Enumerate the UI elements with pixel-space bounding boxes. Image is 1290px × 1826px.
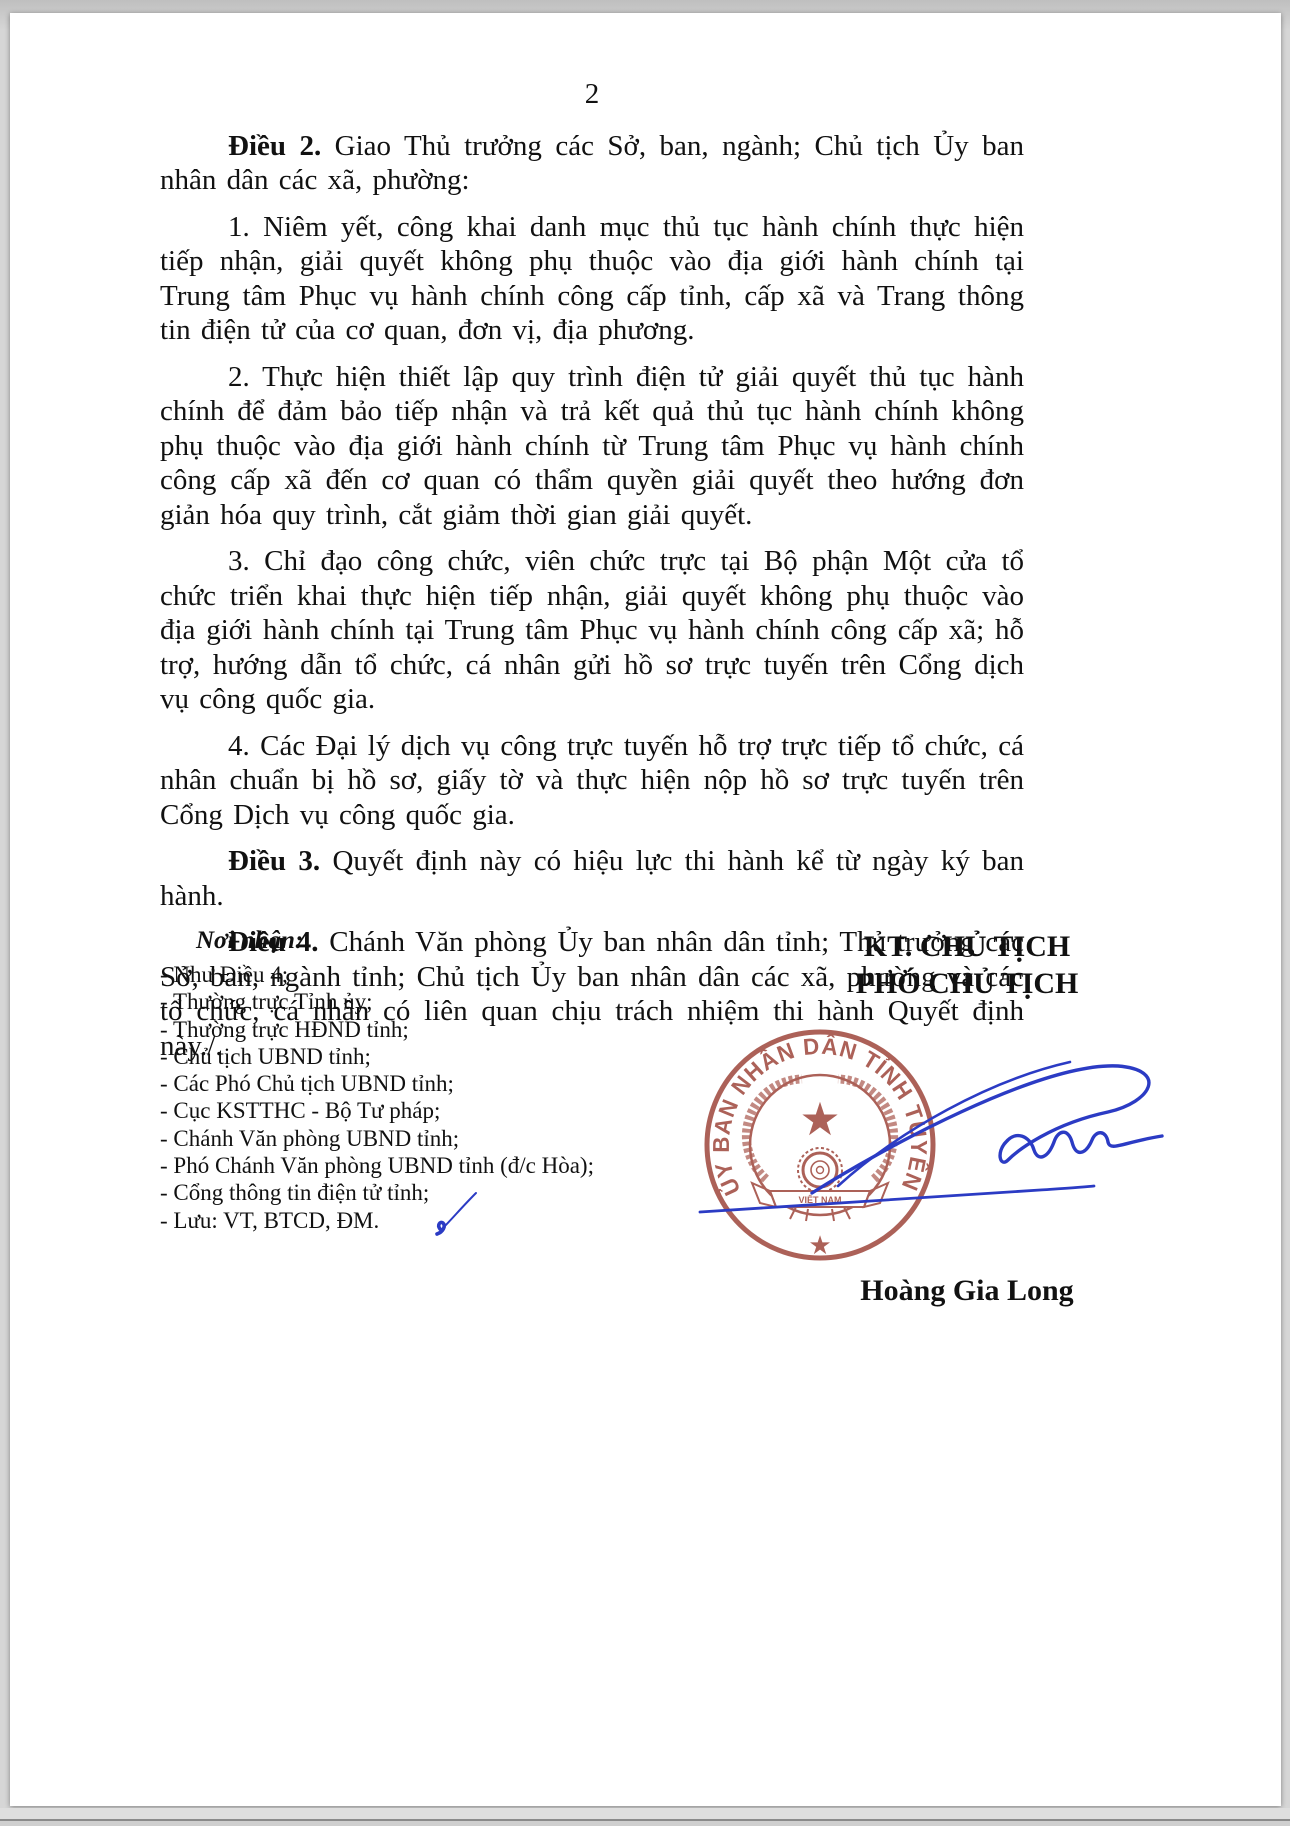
recipient-item: - Cục KSTTHC - Bộ Tư pháp; (160, 1097, 600, 1124)
viewer-bottom-under (0, 1821, 1290, 1826)
article-3-paragraph: Điều 3. Quyết định này có hiệu lực thi h… (160, 844, 1024, 913)
recipient-item: - Chánh Văn phòng UBND tỉnh; (160, 1125, 600, 1152)
article-3-label: Điều 3. (228, 845, 320, 877)
signer-name: Hoàng Gia Long (752, 1274, 1182, 1308)
document-body: 2 Điều 2. Giao Thủ trưởng các Sở, ban, n… (160, 77, 1024, 1075)
document-viewer: 2 Điều 2. Giao Thủ trưởng các Sở, ban, n… (0, 0, 1290, 1826)
page-number: 2 (160, 77, 1024, 112)
authority-line: KT. CHỦ TỊCH (752, 928, 1182, 965)
clause-3-text: 3. Chỉ đạo công chức, viên chức trực tại… (160, 545, 1024, 715)
recipients-list: - Như Điều 4; - Thường trực Tỉnh ủy; - T… (160, 961, 600, 1234)
emblem-banner (770, 1191, 870, 1207)
title-line: PHÓ CHỦ TỊCH (752, 965, 1182, 1002)
clause-2-text: 2. Thực hiện thiết lập quy trình điện tử… (160, 361, 1024, 531)
recipient-item: - Phó Chánh Văn phòng UBND tỉnh (đ/c Hòa… (160, 1152, 600, 1179)
recipient-item: - Như Điều 4; (160, 961, 600, 988)
clause-3-paragraph: 3. Chỉ đạo công chức, viên chức trực tại… (160, 544, 1024, 717)
clause-2-paragraph: 2. Thực hiện thiết lập quy trình điện tử… (160, 360, 1024, 533)
signature-ink (700, 1062, 1162, 1212)
clause-4-paragraph: 4. Các Đại lý dịch vụ công trực tuyến hỗ… (160, 729, 1024, 833)
recipient-item: - Lưu: VT, BTCD, ĐM. (160, 1207, 600, 1234)
recipient-item: - Thường trực HĐND tỉnh; (160, 1016, 600, 1043)
recipient-item: - Chủ tịch UBND tỉnh; (160, 1043, 600, 1070)
seal-bottom-star-icon: ★ (808, 1231, 831, 1260)
recipient-item: - Thường trực Tỉnh ủy; (160, 988, 600, 1015)
recipient-item: - Các Phó Chủ tịch UBND tỉnh; (160, 1070, 600, 1097)
wreath-left (746, 1079, 802, 1179)
cog-icon (803, 1153, 837, 1187)
emblem-banner-text: VIỆT NAM (798, 1194, 841, 1205)
wreath-right (838, 1079, 894, 1179)
recipients-block: Nơi nhận: - Như Điều 4; - Thường trực Tỉ… (160, 927, 600, 1234)
article-2-label: Điều 2. (228, 130, 321, 162)
seal-center-star-icon: ★ (799, 1094, 840, 1145)
recipient-item: - Cổng thông tin điện tử tỉnh; (160, 1179, 600, 1206)
clause-1-paragraph: 1. Niêm yết, công khai danh mục thủ tục … (160, 210, 1024, 348)
document-page: 2 Điều 2. Giao Thủ trưởng các Sở, ban, n… (10, 13, 1281, 1806)
signature-heading: KT. CHỦ TỊCH PHÓ CHỦ TỊCH (752, 928, 1182, 1002)
clause-1-text: 1. Niêm yết, công khai danh mục thủ tục … (160, 211, 1024, 347)
article-2-paragraph: Điều 2. Giao Thủ trưởng các Sở, ban, ngà… (160, 129, 1024, 198)
recipients-title: Nơi nhận: (196, 927, 600, 955)
clause-4-text: 4. Các Đại lý dịch vụ công trực tuyến hỗ… (160, 730, 1024, 831)
